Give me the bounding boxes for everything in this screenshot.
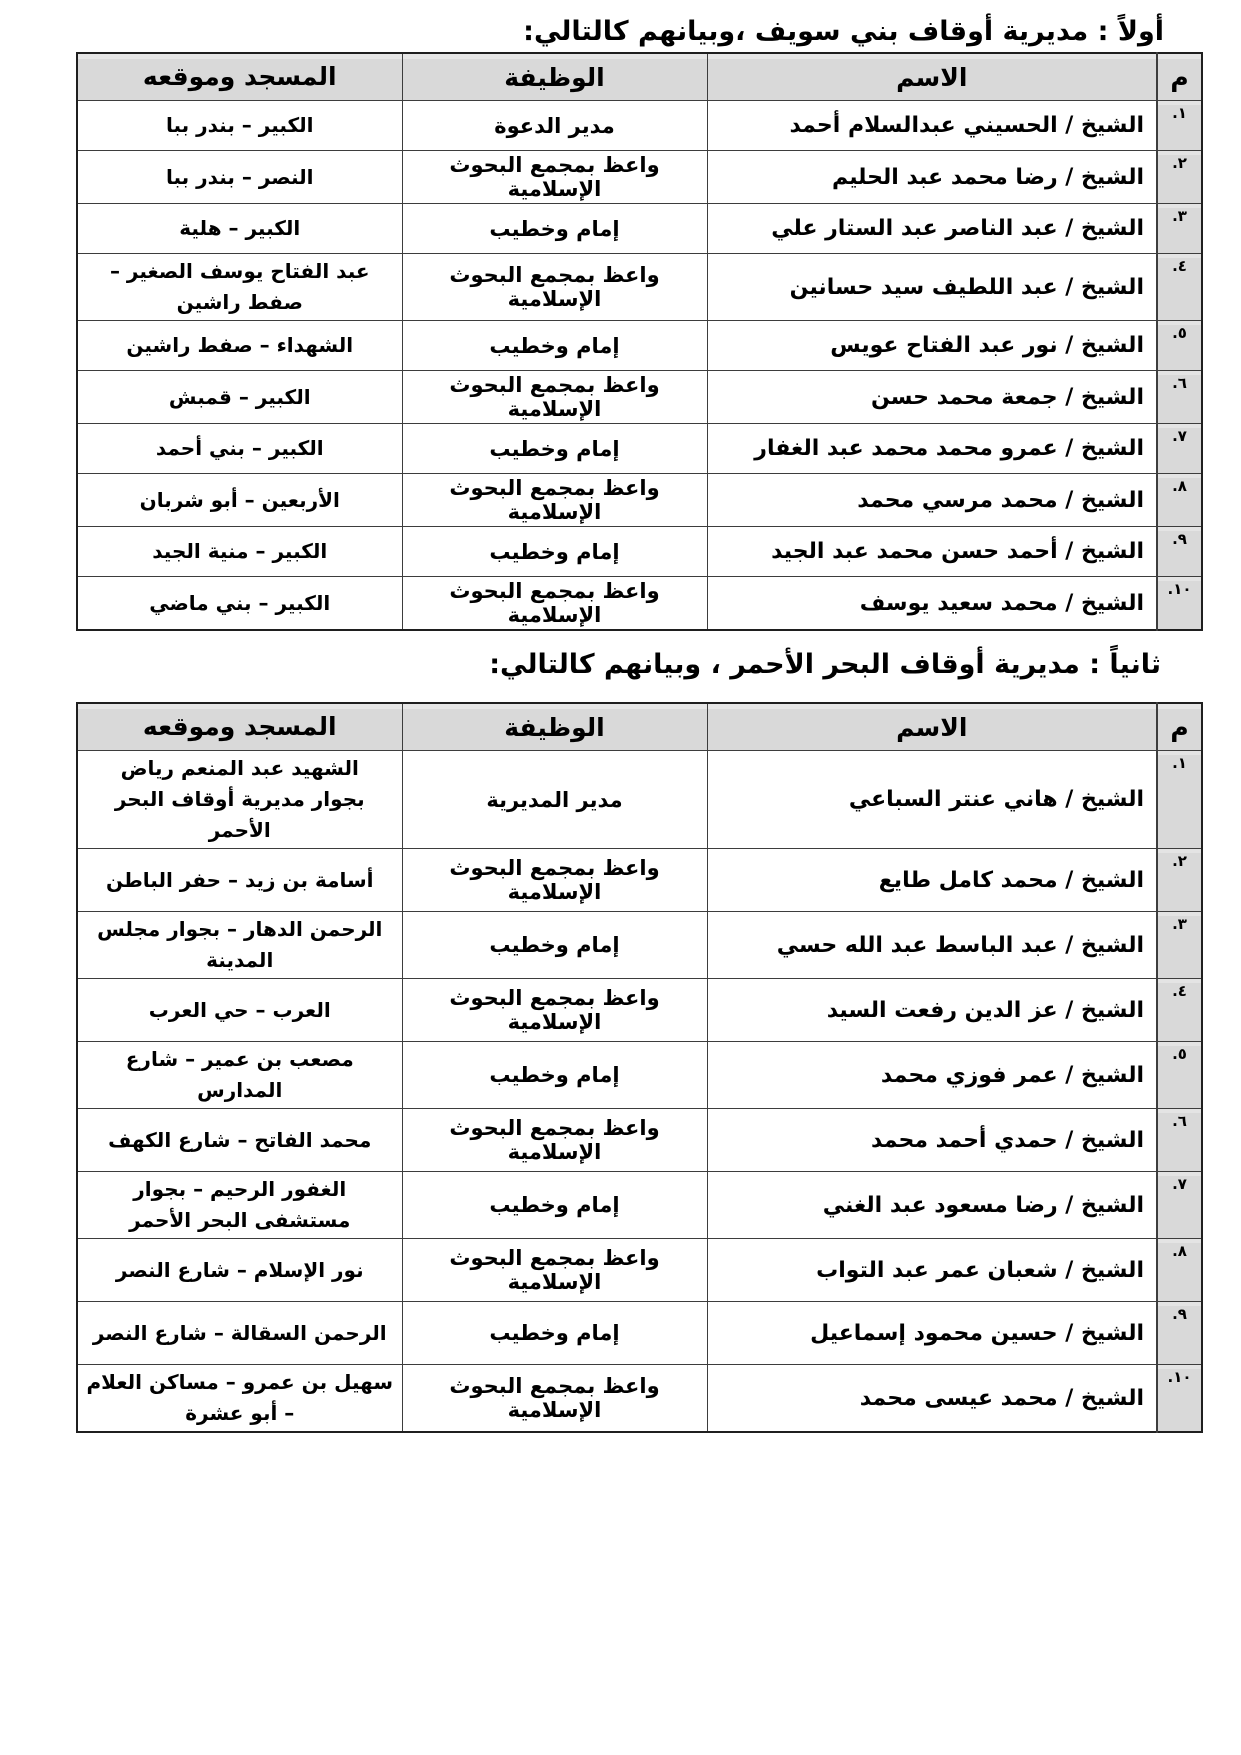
row-number-cell: ٢. <box>1157 849 1202 912</box>
name-cell: الشيخ / عبد الناصر عبد الستار علي <box>707 204 1157 254</box>
name-cell: الشيخ / هاني عنتر السباعي <box>707 751 1157 849</box>
name-cell: الشيخ / أحمد حسن محمد عبد الجيد <box>707 527 1157 577</box>
job-cell: واعظ بمجمع البحوث الإسلامية <box>402 849 707 912</box>
col-header-mosque: المسجد وموقعه <box>77 53 402 101</box>
row-number-cell: ١٠. <box>1157 577 1202 631</box>
row-number-cell: ١٠. <box>1157 1365 1202 1433</box>
row-number-cell: ٥. <box>1157 321 1202 371</box>
row-number-cell: ٤. <box>1157 254 1202 321</box>
mosque-cell: الكبير – منية الجيد <box>77 527 402 577</box>
col-header-number: م <box>1157 53 1202 101</box>
table-row: ٢. الشيخ / محمد كامل طايع واعظ بمجمع الب… <box>77 849 1202 912</box>
row-number-cell: ٧. <box>1157 1172 1202 1239</box>
col-header-job: الوظيفة <box>402 703 707 751</box>
row-number-cell: ٧. <box>1157 424 1202 474</box>
document-page: أولاً : مديرية أوقاف بني سويف ،وبيانهم ك… <box>0 0 1241 1755</box>
table-row: ٩. الشيخ / أحمد حسن محمد عبد الجيد إمام … <box>77 527 1202 577</box>
row-number-cell: ٩. <box>1157 527 1202 577</box>
section1-heading: أولاً : مديرية أوقاف بني سويف ،وبيانهم ك… <box>0 16 1164 47</box>
row-number-cell: ٣. <box>1157 204 1202 254</box>
col-header-mosque: المسجد وموقعه <box>77 703 402 751</box>
row-number-cell: ٣. <box>1157 912 1202 979</box>
table-row: ٧. الشيخ / عمرو محمد محمد عبد الغفار إما… <box>77 424 1202 474</box>
job-cell: واعظ بمجمع البحوث الإسلامية <box>402 1109 707 1172</box>
section1-table: م الاسم الوظيفة المسجد وموقعه ١. الشيخ /… <box>76 52 1203 631</box>
job-cell: واعظ بمجمع البحوث الإسلامية <box>402 371 707 424</box>
table-row: ٥. الشيخ / نور عبد الفتاح عويس إمام وخطي… <box>77 321 1202 371</box>
table-header-row: م الاسم الوظيفة المسجد وموقعه <box>77 53 1202 101</box>
job-cell: واعظ بمجمع البحوث الإسلامية <box>402 254 707 321</box>
row-number-cell: ٤. <box>1157 979 1202 1042</box>
mosque-cell: محمد الفاتح – شارع الكهف <box>77 1109 402 1172</box>
job-cell: إمام وخطيب <box>402 1172 707 1239</box>
mosque-cell: عبد الفتاح يوسف الصغير – صفط راشين <box>77 254 402 321</box>
mosque-cell: الرحمن السقالة – شارع النصر <box>77 1302 402 1365</box>
table-row: ٥. الشيخ / عمر فوزي محمد إمام وخطيب مصعب… <box>77 1042 1202 1109</box>
mosque-cell: الغفور الرحيم – بجوار مستشفى البحر الأحم… <box>77 1172 402 1239</box>
job-cell: إمام وخطيب <box>402 204 707 254</box>
table-row: ٨. الشيخ / محمد مرسي محمد واعظ بمجمع الب… <box>77 474 1202 527</box>
table-row: ٣. الشيخ / عبد الباسط عبد الله حسي إمام … <box>77 912 1202 979</box>
col-header-name: الاسم <box>707 53 1157 101</box>
table-row: ١٠. الشيخ / محمد عيسى محمد واعظ بمجمع ال… <box>77 1365 1202 1433</box>
name-cell: الشيخ / محمد مرسي محمد <box>707 474 1157 527</box>
mosque-cell: النصر – بندر ببا <box>77 151 402 204</box>
row-number-cell: ١. <box>1157 101 1202 151</box>
name-cell: الشيخ / محمد كامل طايع <box>707 849 1157 912</box>
mosque-cell: الرحمن الدهار – بجوار مجلس المدينة <box>77 912 402 979</box>
name-cell: الشيخ / محمد عيسى محمد <box>707 1365 1157 1433</box>
mosque-cell: الكبير – هلية <box>77 204 402 254</box>
mosque-cell: العرب – حي العرب <box>77 979 402 1042</box>
section2-heading: ثانياً : مديرية أوقاف البحر الأحمر ، وبي… <box>0 649 1161 680</box>
job-cell: إمام وخطيب <box>402 424 707 474</box>
job-cell: واعظ بمجمع البحوث الإسلامية <box>402 474 707 527</box>
job-cell: مدير المديرية <box>402 751 707 849</box>
job-cell: إمام وخطيب <box>402 527 707 577</box>
name-cell: الشيخ / نور عبد الفتاح عويس <box>707 321 1157 371</box>
table-row: ٤. الشيخ / عز الدين رفعت السيد واعظ بمجم… <box>77 979 1202 1042</box>
name-cell: الشيخ / عمر فوزي محمد <box>707 1042 1157 1109</box>
table-header-row: م الاسم الوظيفة المسجد وموقعه <box>77 703 1202 751</box>
job-cell: واعظ بمجمع البحوث الإسلامية <box>402 979 707 1042</box>
name-cell: الشيخ / عبد اللطيف سيد حسانين <box>707 254 1157 321</box>
table-row: ٧. الشيخ / رضا مسعود عبد الغني إمام وخطي… <box>77 1172 1202 1239</box>
table-row: ٦. الشيخ / جمعة محمد حسن واعظ بمجمع البح… <box>77 371 1202 424</box>
table-row: ٤. الشيخ / عبد اللطيف سيد حسانين واعظ بم… <box>77 254 1202 321</box>
mosque-cell: سهيل بن عمرو – مساكن العلام – أبو عشرة <box>77 1365 402 1433</box>
row-number-cell: ٦. <box>1157 1109 1202 1172</box>
job-cell: إمام وخطيب <box>402 321 707 371</box>
mosque-cell: الشهيد عبد المنعم رياض بجوار مديرية أوقا… <box>77 751 402 849</box>
mosque-cell: الكبير – بني أحمد <box>77 424 402 474</box>
mosque-cell: أسامة بن زيد – حفر الباطن <box>77 849 402 912</box>
table-row: ٨. الشيخ / شعبان عمر عبد التواب واعظ بمج… <box>77 1239 1202 1302</box>
table-row: ١. الشيخ / هاني عنتر السباعي مدير المدير… <box>77 751 1202 849</box>
name-cell: الشيخ / عبد الباسط عبد الله حسي <box>707 912 1157 979</box>
name-cell: الشيخ / جمعة محمد حسن <box>707 371 1157 424</box>
job-cell: واعظ بمجمع البحوث الإسلامية <box>402 1365 707 1433</box>
row-number-cell: ٦. <box>1157 371 1202 424</box>
mosque-cell: الكبير – بني ماضي <box>77 577 402 631</box>
job-cell: إمام وخطيب <box>402 1302 707 1365</box>
row-number-cell: ٥. <box>1157 1042 1202 1109</box>
name-cell: الشيخ / محمد سعيد يوسف <box>707 577 1157 631</box>
col-header-job: الوظيفة <box>402 53 707 101</box>
mosque-cell: نور الإسلام – شارع النصر <box>77 1239 402 1302</box>
table-row: ١٠. الشيخ / محمد سعيد يوسف واعظ بمجمع ال… <box>77 577 1202 631</box>
row-number-cell: ٢. <box>1157 151 1202 204</box>
name-cell: الشيخ / عز الدين رفعت السيد <box>707 979 1157 1042</box>
job-cell: إمام وخطيب <box>402 912 707 979</box>
name-cell: الشيخ / شعبان عمر عبد التواب <box>707 1239 1157 1302</box>
mosque-cell: الكبير – بندر ببا <box>77 101 402 151</box>
table-row: ٣. الشيخ / عبد الناصر عبد الستار علي إما… <box>77 204 1202 254</box>
job-cell: مدير الدعوة <box>402 101 707 151</box>
row-number-cell: ٨. <box>1157 474 1202 527</box>
name-cell: الشيخ / عمرو محمد محمد عبد الغفار <box>707 424 1157 474</box>
job-cell: إمام وخطيب <box>402 1042 707 1109</box>
row-number-cell: ٨. <box>1157 1239 1202 1302</box>
col-header-name: الاسم <box>707 703 1157 751</box>
name-cell: الشيخ / الحسيني عبدالسلام أحمد <box>707 101 1157 151</box>
table-row: ٦. الشيخ / حمدي أحمد محمد واعظ بمجمع الب… <box>77 1109 1202 1172</box>
job-cell: واعظ بمجمع البحوث الإسلامية <box>402 1239 707 1302</box>
table-row: ٢. الشيخ / رضا محمد عبد الحليم واعظ بمجم… <box>77 151 1202 204</box>
col-header-number: م <box>1157 703 1202 751</box>
mosque-cell: الكبير – قمبش <box>77 371 402 424</box>
section2-table: م الاسم الوظيفة المسجد وموقعه ١. الشيخ /… <box>76 702 1203 1433</box>
job-cell: واعظ بمجمع البحوث الإسلامية <box>402 577 707 631</box>
table-row: ١. الشيخ / الحسيني عبدالسلام أحمد مدير ا… <box>77 101 1202 151</box>
mosque-cell: الأربعين – أبو شربان <box>77 474 402 527</box>
row-number-cell: ١. <box>1157 751 1202 849</box>
job-cell: واعظ بمجمع البحوث الإسلامية <box>402 151 707 204</box>
name-cell: الشيخ / رضا مسعود عبد الغني <box>707 1172 1157 1239</box>
row-number-cell: ٩. <box>1157 1302 1202 1365</box>
mosque-cell: مصعب بن عمير – شارع المدارس <box>77 1042 402 1109</box>
table-row: ٩. الشيخ / حسين محمود إسماعيل إمام وخطيب… <box>77 1302 1202 1365</box>
name-cell: الشيخ / حمدي أحمد محمد <box>707 1109 1157 1172</box>
name-cell: الشيخ / حسين محمود إسماعيل <box>707 1302 1157 1365</box>
name-cell: الشيخ / رضا محمد عبد الحليم <box>707 151 1157 204</box>
mosque-cell: الشهداء – صفط راشين <box>77 321 402 371</box>
